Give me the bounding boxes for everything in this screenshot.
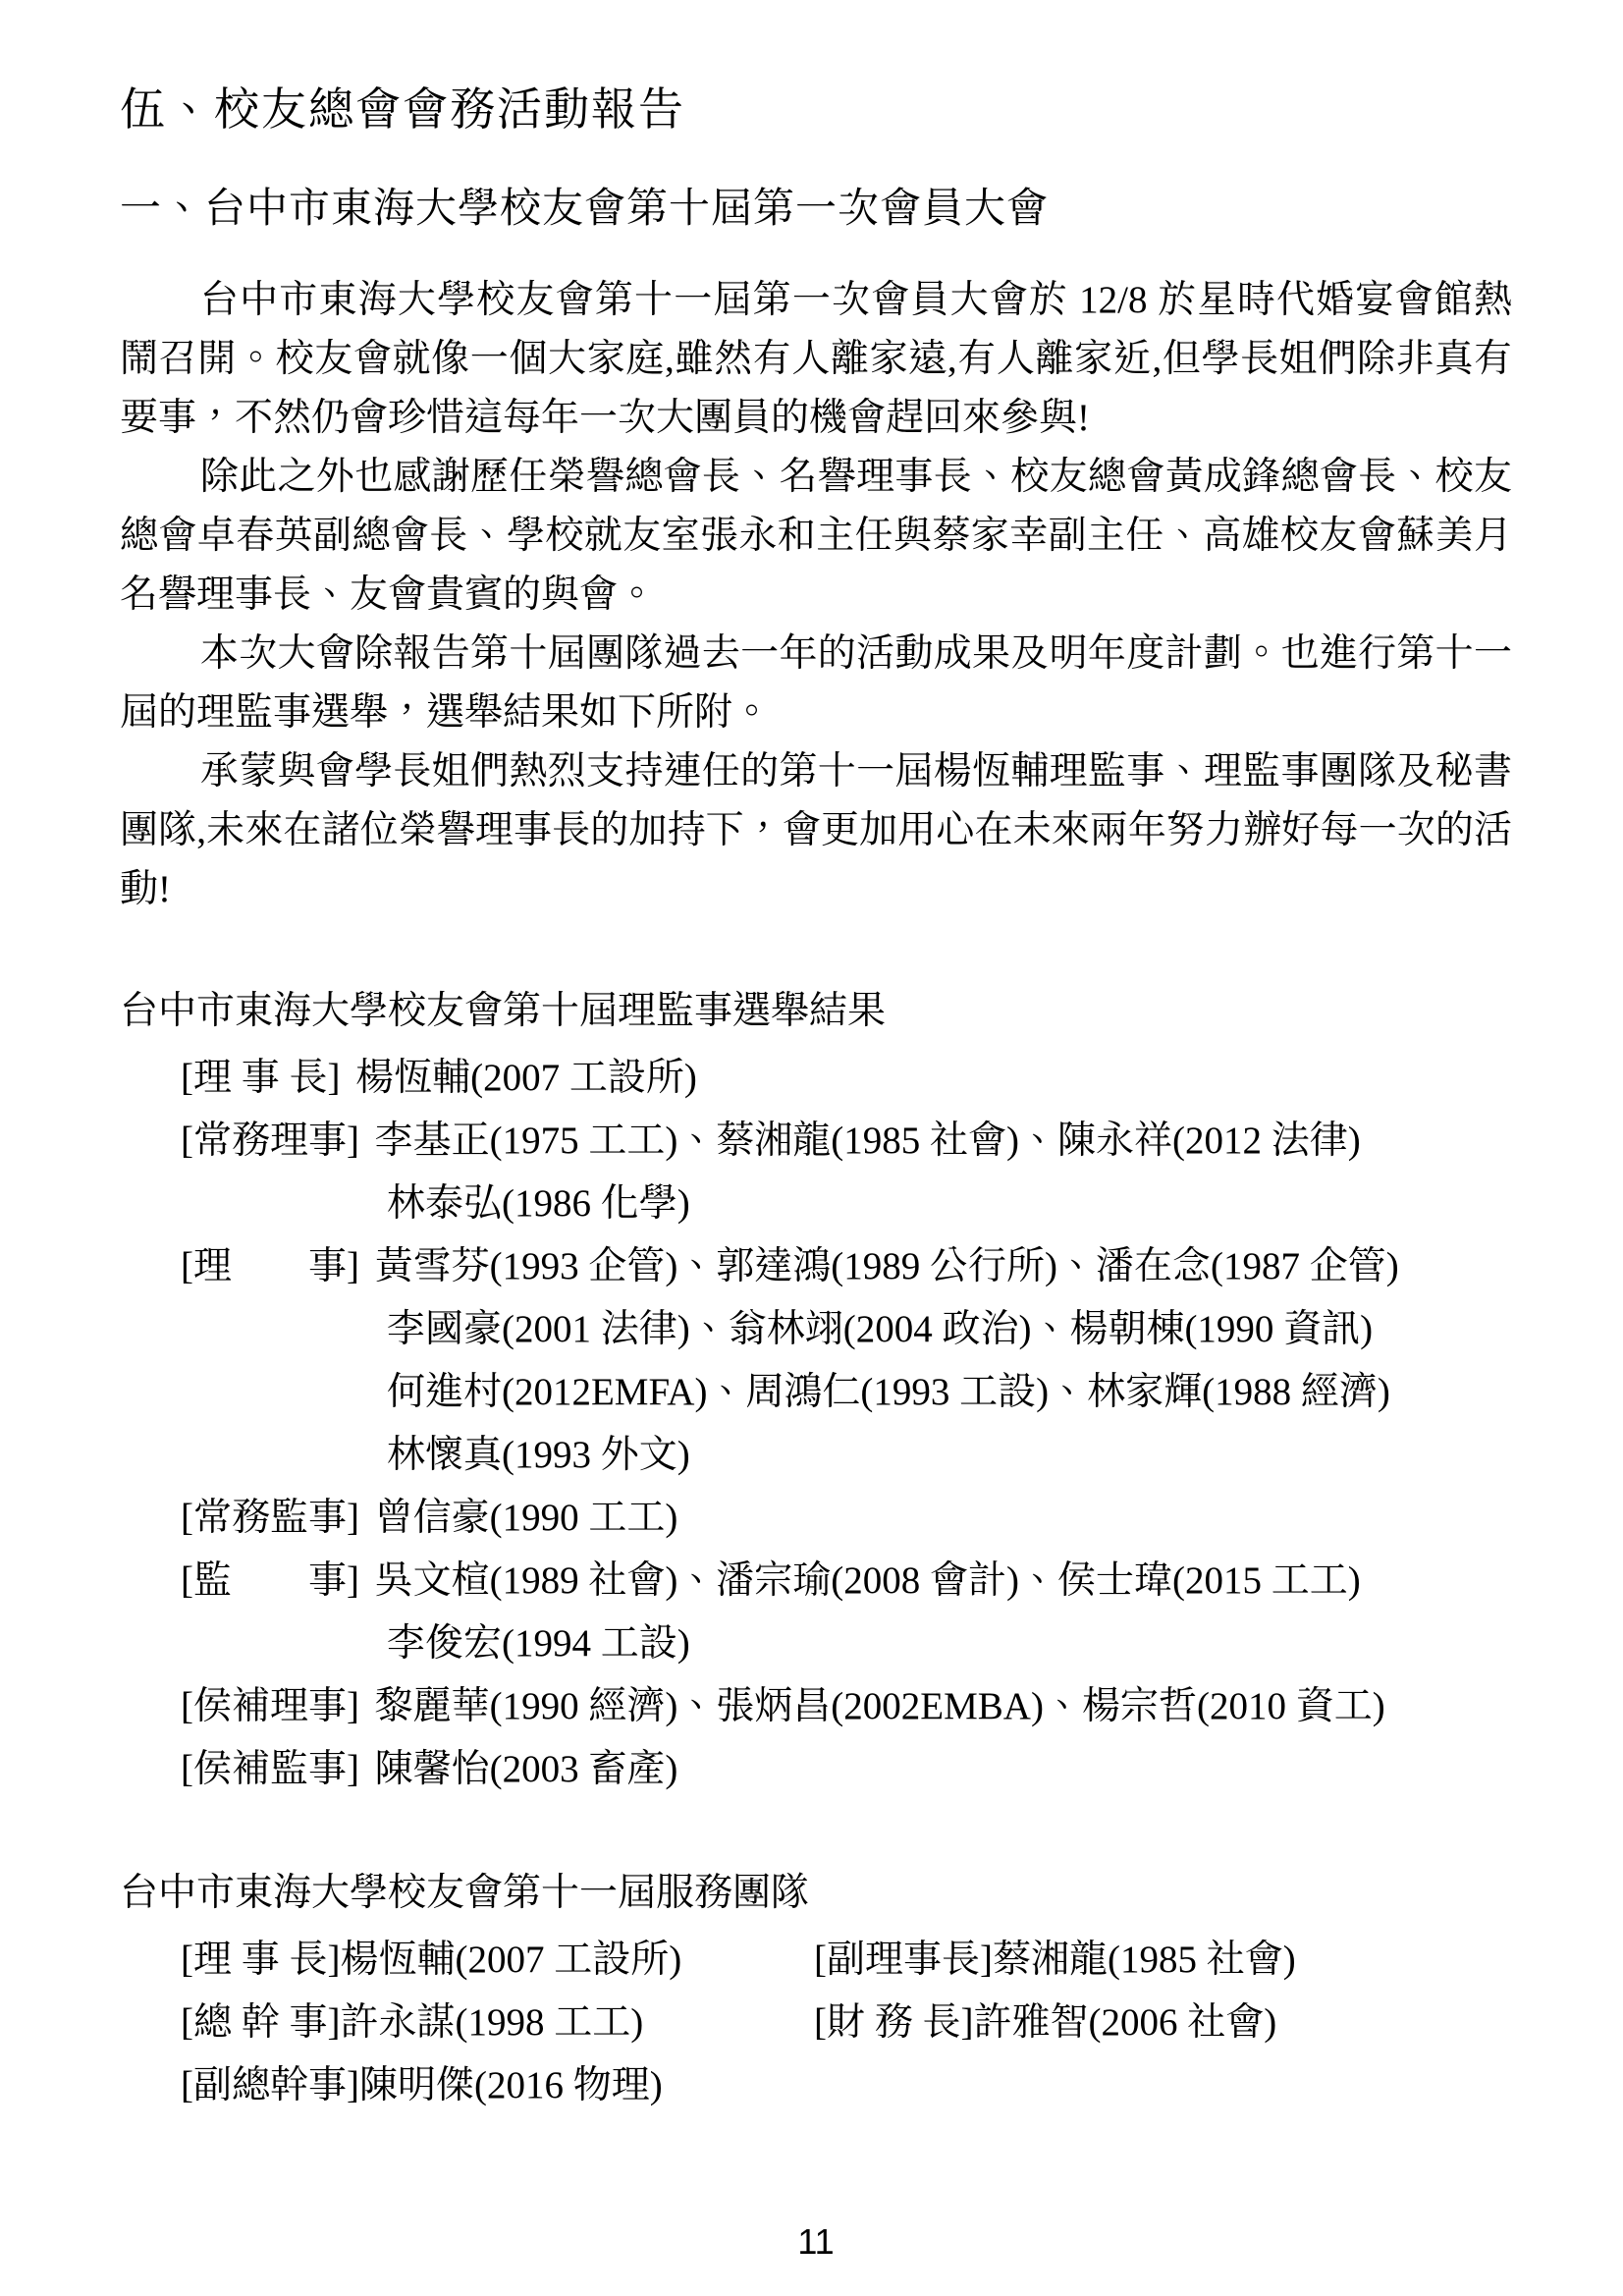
document-page: 伍、校友總會會務活動報告 一、台中市東海大學校友會第十屆第一次會員大會 台中市東… xyxy=(0,0,1623,2296)
member-names: 陳馨怡(2003 畜產) xyxy=(375,1748,678,1790)
role-label: [副總幹事] xyxy=(181,2064,359,2106)
election-entry-continuation: 林懷真(1993 外文) xyxy=(120,1424,1512,1487)
role-label: [財 務 長] xyxy=(814,2001,973,2044)
election-entry-standing-supervisor: [常務監事]曾信豪(1990 工工) xyxy=(120,1487,1512,1550)
member-names: 李俊宏(1994 工設) xyxy=(387,1622,690,1665)
paragraph-3: 本次大會除報告第十屆團隊過去一年的活動成果及明年度計劃。也進行第十一屆的理監事選… xyxy=(120,625,1512,742)
election-results-list: [理 事 長]楊恆輔(2007 工設所) [常務理事]李基正(1975 工工)、… xyxy=(120,1047,1512,1801)
team-cell-secretary-general: [總 幹 事]許永謀(1998 工工) xyxy=(181,1992,814,2054)
role-label: [總 幹 事] xyxy=(181,2001,340,2044)
page-title: 伍、校友總會會務活動報告 xyxy=(120,82,1512,137)
paragraph-4: 承蒙與會學長姐們熱烈支持連任的第十一屆楊恆輔理監事、理監事團隊及秘書團隊,未來在… xyxy=(120,742,1512,919)
election-entry-continuation: 李俊宏(1994 工設) xyxy=(120,1613,1512,1675)
member-names: 蔡湘龍(1985 社會) xyxy=(993,1939,1296,1981)
team-cell-deputy-secretary: [副總幹事]陳明傑(2016 物理) xyxy=(181,2054,814,2117)
member-names: 曾信豪(1990 工工) xyxy=(375,1497,678,1539)
team-cell-vice-chairman: [副理事長]蔡湘龍(1985 社會) xyxy=(814,1929,1296,1992)
member-names: 林懷真(1993 外文) xyxy=(387,1434,690,1476)
team-row: [副總幹事]陳明傑(2016 物理) xyxy=(120,2054,1512,2117)
election-entry-continuation: 林泰弘(1986 化學) xyxy=(120,1173,1512,1235)
election-entry-supervisors: [監 事]吳文楦(1989 社會)、潘宗瑜(2008 會計)、侯士瑋(2015 … xyxy=(120,1550,1512,1613)
election-entry-continuation: 李國豪(2001 法律)、翁林翊(2004 政治)、楊朝棟(1990 資訊) xyxy=(120,1298,1512,1361)
member-names: 李基正(1975 工工)、蔡湘龍(1985 社會)、陳永祥(2012 法律) xyxy=(375,1120,1361,1162)
member-names: 林泰弘(1986 化學) xyxy=(387,1182,690,1225)
team-row: [理 事 長]楊恆輔(2007 工設所) [副理事長]蔡湘龍(1985 社會) xyxy=(120,1929,1512,1992)
election-entry-standing-directors: [常務理事]李基正(1975 工工)、蔡湘龍(1985 社會)、陳永祥(2012… xyxy=(120,1110,1512,1173)
member-names: 李國豪(2001 法律)、翁林翊(2004 政治)、楊朝棟(1990 資訊) xyxy=(387,1308,1373,1350)
role-label: [監 事] xyxy=(181,1559,359,1602)
election-entry-directors: [理 事]黃雪芬(1993 企管)、郭達鴻(1989 公行所)、潘在念(1987… xyxy=(120,1235,1512,1298)
election-entry-alternate-supervisors: [侯補監事]陳馨怡(2003 畜產) xyxy=(120,1738,1512,1801)
member-names: 許永謀(1998 工工) xyxy=(340,2001,643,2044)
service-team-list: [理 事 長]楊恆輔(2007 工設所) [副理事長]蔡湘龍(1985 社會) … xyxy=(120,1929,1512,2117)
meeting-report-body: 台中市東海大學校友會第十一屆第一次會員大會於 12/8 於星時代婚宴會館熱鬧召開… xyxy=(120,271,1512,919)
role-label: [侯補理事] xyxy=(181,1685,359,1727)
member-names: 黎麗華(1990 經濟)、張炳昌(2002EMBA)、楊宗哲(2010 資工) xyxy=(375,1685,1385,1727)
role-label: [理 事 長] xyxy=(181,1057,340,1099)
election-entry-chairman: [理 事 長]楊恆輔(2007 工設所) xyxy=(120,1047,1512,1110)
team-row: [總 幹 事]許永謀(1998 工工) [財 務 長]許雅智(2006 社會) xyxy=(120,1992,1512,2054)
paragraph-2: 除此之外也感謝歷任榮譽總會長、名譽理事長、校友總會黃成鋒總會長、校友總會卓春英副… xyxy=(120,448,1512,625)
member-names: 楊恆輔(2007 工設所) xyxy=(340,1939,681,1981)
role-label: [常務理事] xyxy=(181,1120,359,1162)
member-names: 何進村(2012EMFA)、周鴻仁(1993 工設)、林家輝(1988 經濟) xyxy=(387,1371,1390,1413)
role-label: [理 事 長] xyxy=(181,1939,340,1981)
paragraph-1: 台中市東海大學校友會第十一屆第一次會員大會於 12/8 於星時代婚宴會館熱鬧召開… xyxy=(120,271,1512,448)
page-number: 11 xyxy=(120,2220,1512,2263)
team-cell-chairman: [理 事 長]楊恆輔(2007 工設所) xyxy=(181,1929,814,1992)
member-names: 陳明傑(2016 物理) xyxy=(359,2064,663,2106)
role-label: [理 事] xyxy=(181,1245,359,1287)
election-entry-continuation: 何進村(2012EMFA)、周鴻仁(1993 工設)、林家輝(1988 經濟) xyxy=(120,1361,1512,1424)
member-names: 楊恆輔(2007 工設所) xyxy=(355,1057,697,1099)
member-names: 黃雪芬(1993 企管)、郭達鴻(1989 公行所)、潘在念(1987 企管) xyxy=(375,1245,1399,1287)
section-heading-meeting: 一、台中市東海大學校友會第十屆第一次會員大會 xyxy=(120,184,1512,236)
election-results-heading: 台中市東海大學校友會第十屆理監事選舉結果 xyxy=(120,982,1512,1041)
team-cell-finance-chief: [財 務 長]許雅智(2006 社會) xyxy=(814,1992,1276,2054)
member-names: 許雅智(2006 社會) xyxy=(973,2001,1276,2044)
role-label: [常務監事] xyxy=(181,1497,359,1539)
member-names: 吳文楦(1989 社會)、潘宗瑜(2008 會計)、侯士瑋(2015 工工) xyxy=(375,1559,1361,1602)
role-label: [侯補監事] xyxy=(181,1748,359,1790)
role-label: [副理事長] xyxy=(814,1939,993,1981)
service-team-heading: 台中市東海大學校友會第十一屆服務團隊 xyxy=(120,1864,1512,1923)
election-entry-alternate-directors: [侯補理事]黎麗華(1990 經濟)、張炳昌(2002EMBA)、楊宗哲(201… xyxy=(120,1675,1512,1738)
